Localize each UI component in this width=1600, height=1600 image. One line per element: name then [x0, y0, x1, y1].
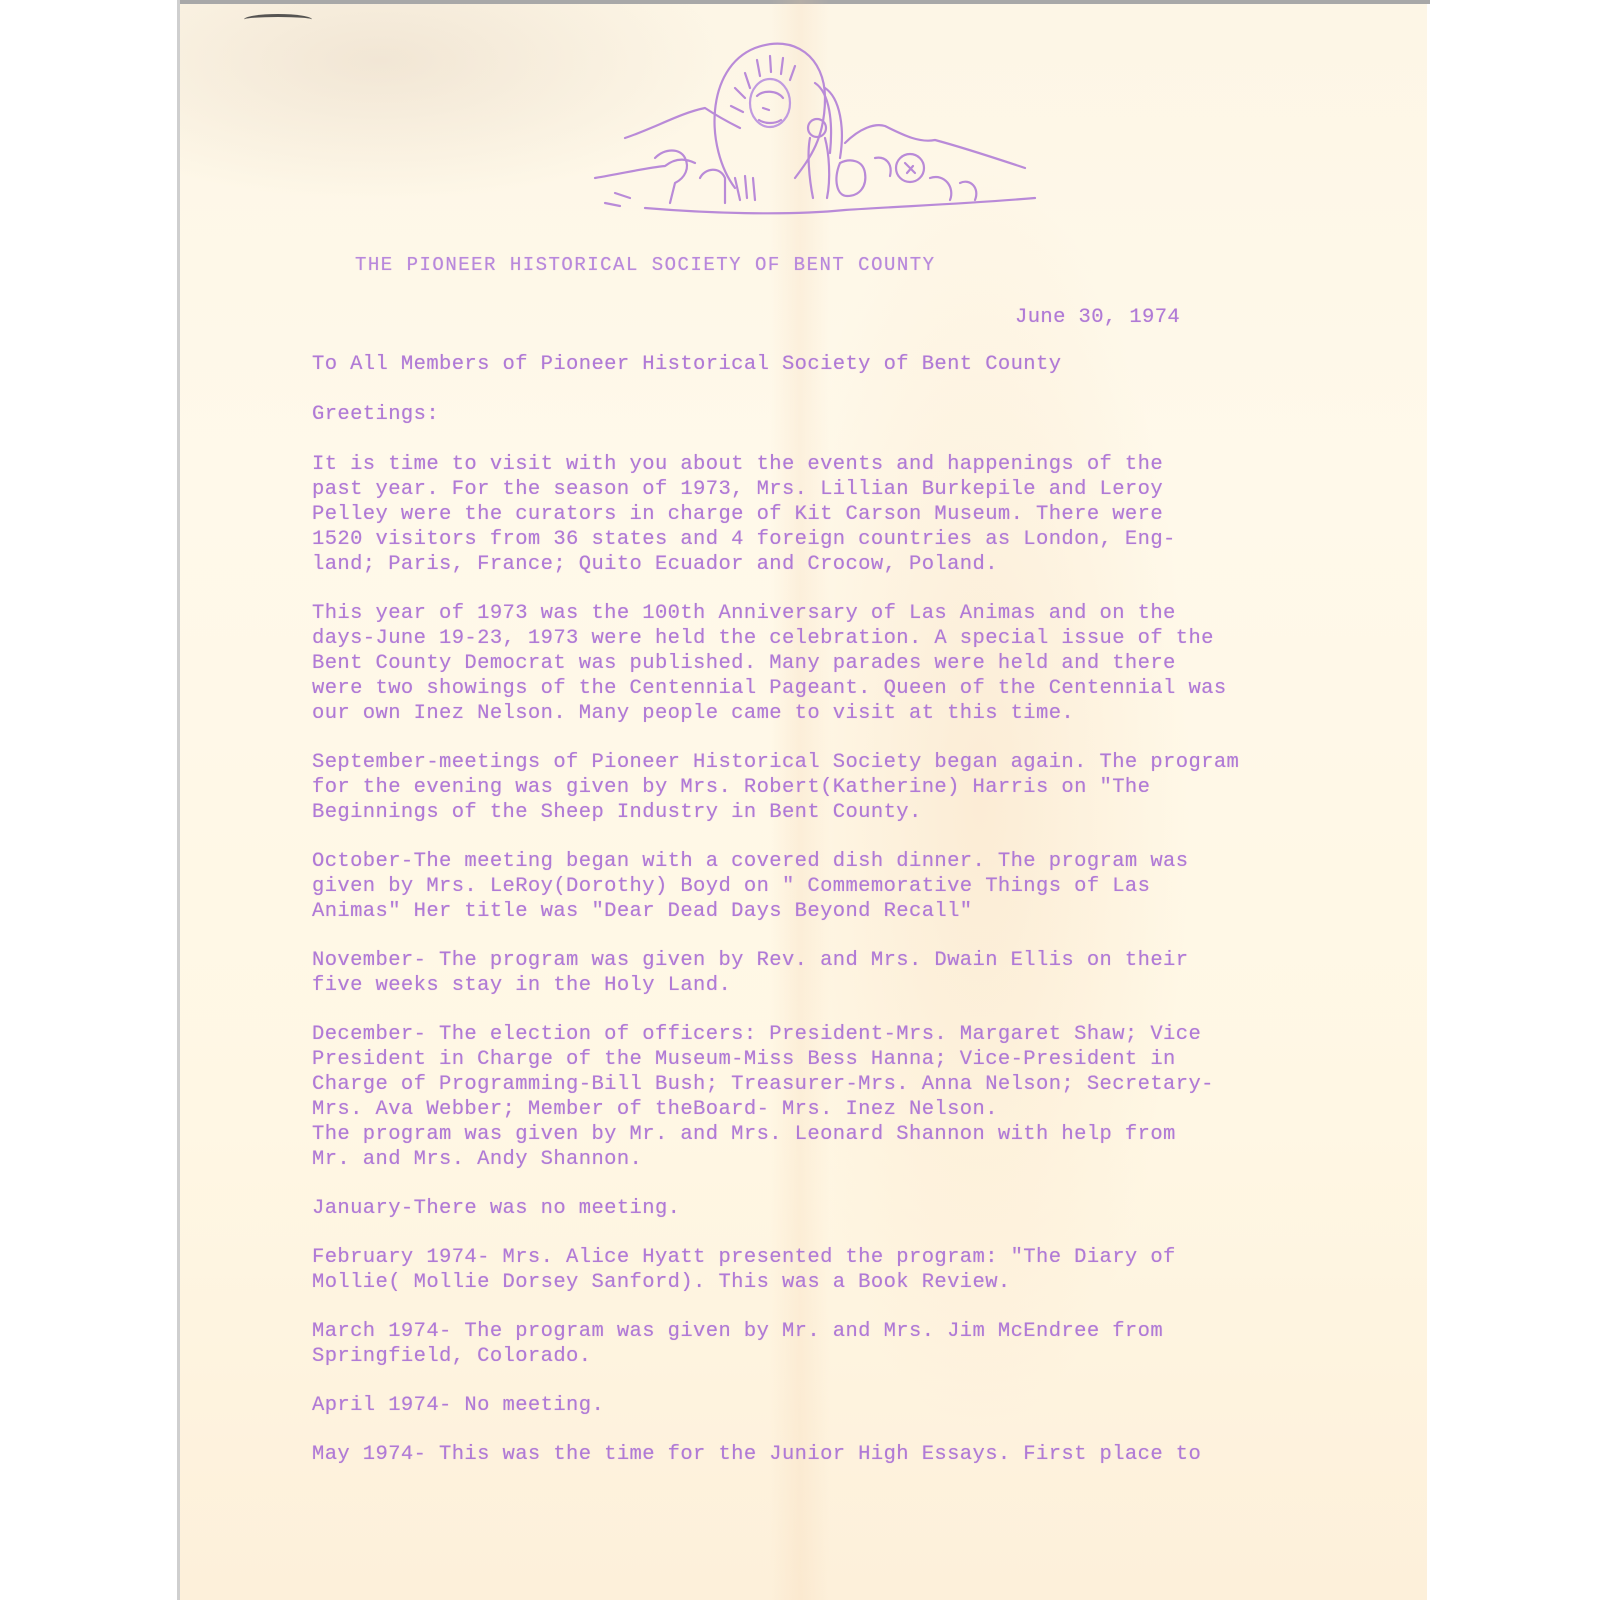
paragraph-line: Mrs. Ava Webber; Member of theBoard- Mrs…: [312, 1097, 1432, 1122]
paragraph-line: It is time to visit with you about the e…: [312, 452, 1432, 477]
paragraph-line: Mr. and Mrs. Andy Shannon.: [312, 1147, 1432, 1172]
paper-sheet: THE PIONEER HISTORICAL SOCIETY OF BENT C…: [177, 0, 1427, 1600]
paragraph-line: January-There was no meeting.: [312, 1196, 1432, 1221]
paragraph-line: November- The program was given by Rev. …: [312, 948, 1432, 973]
addressee-line: To All Members of Pioneer Historical Soc…: [312, 353, 1061, 376]
paragraph-line: December- The election of officers: Pres…: [312, 1022, 1432, 1047]
paragraph-line: The program was given by Mr. and Mrs. Le…: [312, 1122, 1432, 1147]
paragraph-line: land; Paris, France; Quito Ecuador and C…: [312, 552, 1432, 577]
paragraph-line: February 1974- Mrs. Alice Hyatt presente…: [312, 1245, 1432, 1270]
letter-paragraph: It is time to visit with you about the e…: [312, 452, 1432, 577]
letter-paragraph: April 1974- No meeting.: [312, 1393, 1432, 1418]
paragraph-line: our own Inez Nelson. Many people came to…: [312, 701, 1432, 726]
letter-paragraph: This year of 1973 was the 100th Annivers…: [312, 601, 1432, 726]
letter-paragraph: September-meetings of Pioneer Historical…: [312, 750, 1432, 825]
letter-paragraph: October-The meeting began with a covered…: [312, 849, 1432, 924]
paragraph-line: Charge of Programming-Bill Bush; Treasur…: [312, 1072, 1432, 1097]
greeting: Greetings:: [312, 403, 439, 426]
staple-hole-icon: [244, 14, 312, 25]
paragraph-line: President in Charge of the Museum-Miss B…: [312, 1047, 1432, 1072]
paragraph-line: 1520 visitors from 36 states and 4 forei…: [312, 527, 1432, 552]
letter-body: It is time to visit with you about the e…: [312, 452, 1432, 1491]
scanned-document: THE PIONEER HISTORICAL SOCIETY OF BENT C…: [0, 0, 1600, 1600]
letter-paragraph: February 1974- Mrs. Alice Hyatt presente…: [312, 1245, 1432, 1295]
paragraph-line: March 1974- The program was given by Mr.…: [312, 1319, 1432, 1344]
letter-paragraph: January-There was no meeting.: [312, 1196, 1432, 1221]
paragraph-line: May 1974- This was the time for the Juni…: [312, 1442, 1432, 1467]
paragraph-line: were two showings of the Centennial Page…: [312, 676, 1432, 701]
paragraph-line: April 1974- No meeting.: [312, 1393, 1432, 1418]
paragraph-line: Beginnings of the Sheep Industry in Bent…: [312, 800, 1432, 825]
letter-paragraph: November- The program was given by Rev. …: [312, 948, 1432, 998]
letter-paragraph: December- The election of officers: Pres…: [312, 1022, 1432, 1172]
paragraph-line: five weeks stay in the Holy Land.: [312, 973, 1432, 998]
paragraph-line: days-June 19-23, 1973 were held the cele…: [312, 626, 1432, 651]
paragraph-line: Bent County Democrat was published. Many…: [312, 651, 1432, 676]
paragraph-line: Mollie( Mollie Dorsey Sanford). This was…: [312, 1270, 1432, 1295]
paragraph-line: Animas" Her title was "Dear Dead Days Be…: [312, 899, 1432, 924]
letterhead-title: THE PIONEER HISTORICAL SOCIETY OF BENT C…: [355, 254, 936, 276]
paragraph-line: given by Mrs. LeRoy(Dorothy) Boyd on " C…: [312, 874, 1432, 899]
letter-paragraph: May 1974- This was the time for the Juni…: [312, 1442, 1432, 1467]
paragraph-line: Pelley were the curators in charge of Ki…: [312, 502, 1432, 527]
paragraph-line: October-The meeting began with a covered…: [312, 849, 1432, 874]
paragraph-line: past year. For the season of 1973, Mrs. …: [312, 477, 1432, 502]
paragraph-line: for the evening was given by Mrs. Robert…: [312, 775, 1432, 800]
pioneer-emblem-illustration: [585, 28, 1045, 228]
paragraph-line: This year of 1973 was the 100th Annivers…: [312, 601, 1432, 626]
letter-paragraph: March 1974- The program was given by Mr.…: [312, 1319, 1432, 1369]
paragraph-line: Springfield, Colorado.: [312, 1344, 1432, 1369]
paragraph-line: September-meetings of Pioneer Historical…: [312, 750, 1432, 775]
letter-date: June 30, 1974: [1015, 306, 1180, 329]
